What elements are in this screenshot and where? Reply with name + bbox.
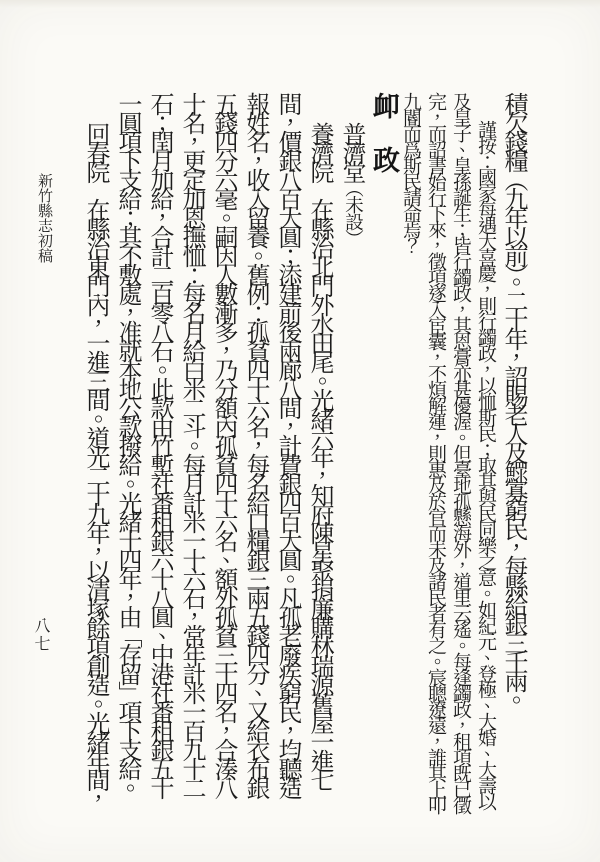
pujitang-annotation: （未設） bbox=[342, 179, 363, 246]
text-block: 積欠錢糧（九年以前）。二十年，詔賜老人及鰥寡窮民，每縣給銀三千兩。 謹按：國家每… bbox=[80, 92, 530, 812]
book-title: 新竹縣志初稿 bbox=[35, 173, 56, 263]
paragraph-yangjiyuan: 養濟院 在縣治北門外水田尾。光緒六年，知府陳星聚捐廉購林瑞源舊屋一進七間，價銀八… bbox=[112, 92, 336, 812]
editorial-note: 謹按：國家每遇大喜慶，則行蠲政，以恤斯民；取其與民同樂之意。如紀元、登極、大婚、… bbox=[398, 92, 498, 812]
section-header: 卹 政 bbox=[368, 92, 398, 812]
paragraph-huichunyuan: 回春院 在縣治東門內，一進三間。道光二十九年，以清塚餘項創造。光緒年間， bbox=[80, 92, 112, 812]
section-header-label: 卹 政 bbox=[368, 92, 399, 173]
page-number: 八七 bbox=[30, 617, 53, 653]
paragraph-arrears-remission: 積欠錢糧（九年以前）。二十年，詔賜老人及鰥寡窮民，每縣給銀三千兩。 bbox=[498, 92, 530, 812]
paragraph-pujitang: 普濟堂（未設） bbox=[336, 92, 368, 812]
scanned-book-page: 積欠錢糧（九年以前）。二十年，詔賜老人及鰥寡窮民，每縣給銀三千兩。 謹按：國家每… bbox=[0, 0, 600, 862]
pujitang-name: 普濟堂 bbox=[338, 122, 366, 179]
